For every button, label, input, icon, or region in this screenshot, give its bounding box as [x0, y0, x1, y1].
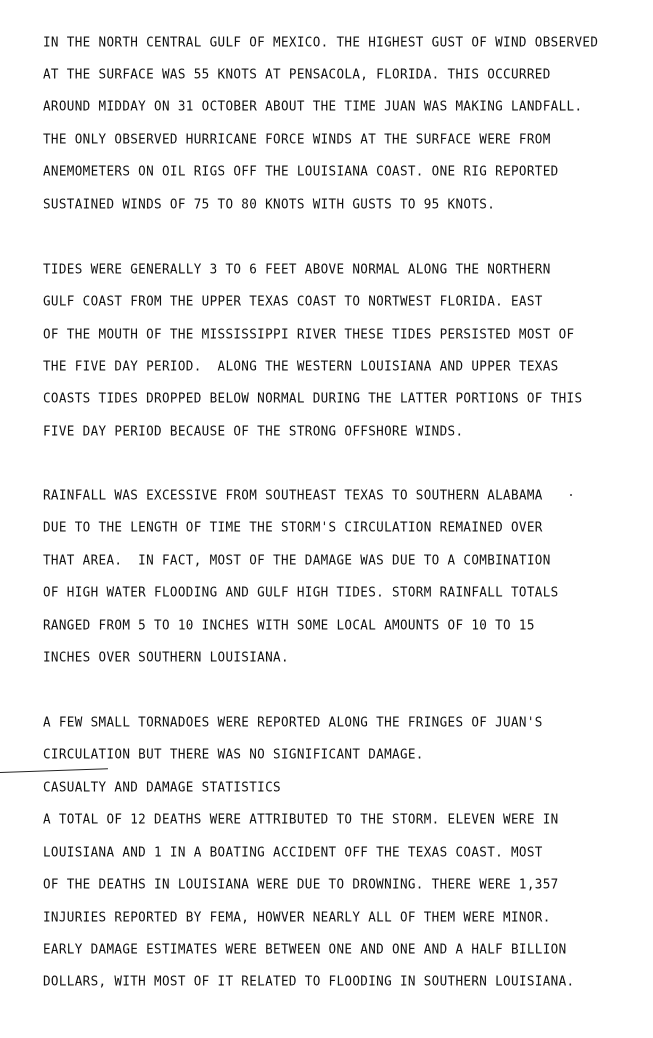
text-line: THE FIVE DAY PERIOD. ALONG THE WESTERN L…: [43, 358, 559, 375]
text-line: CIRCULATION BUT THERE WAS NO SIGNIFICANT…: [43, 746, 424, 763]
text-line: ANEMOMETERS ON OIL RIGS OFF THE LOUISIAN…: [43, 163, 559, 180]
text-line: INJURIES REPORTED BY FEMA, HOWVER NEARLY…: [43, 909, 551, 926]
text-line: COASTS TIDES DROPPED BELOW NORMAL DURING…: [43, 390, 582, 407]
text-line: LOUISIANA AND 1 IN A BOATING ACCIDENT OF…: [43, 844, 543, 861]
text-line: TIDES WERE GENERALLY 3 TO 6 FEET ABOVE N…: [43, 261, 551, 278]
scan-line-mark: [0, 768, 108, 773]
text-line: THAT AREA. IN FACT, MOST OF THE DAMAGE W…: [43, 552, 551, 569]
text-line: A FEW SMALL TORNADOES WERE REPORTED ALON…: [43, 714, 543, 731]
text-line: AROUND MIDDAY ON 31 OCTOBER ABOUT THE TI…: [43, 98, 582, 115]
stray-mark: [570, 494, 572, 496]
text-line: DOLLARS, WITH MOST OF IT RELATED TO FLOO…: [43, 973, 574, 990]
text-line: FIVE DAY PERIOD BECAUSE OF THE STRONG OF…: [43, 423, 463, 440]
text-line: SUSTAINED WINDS OF 75 TO 80 KNOTS WITH G…: [43, 196, 495, 213]
text-line: DUE TO THE LENGTH OF TIME THE STORM'S CI…: [43, 519, 543, 536]
text-line: RANGED FROM 5 TO 10 INCHES WITH SOME LOC…: [43, 617, 535, 634]
text-line: OF THE MOUTH OF THE MISSISSIPPI RIVER TH…: [43, 326, 574, 343]
text-line: OF HIGH WATER FLOODING AND GULF HIGH TID…: [43, 584, 559, 601]
text-line: A TOTAL OF 12 DEATHS WERE ATTRIBUTED TO …: [43, 811, 559, 828]
text-line: IN THE NORTH CENTRAL GULF OF MEXICO. THE…: [43, 34, 598, 51]
text-line: AT THE SURFACE WAS 55 KNOTS AT PENSACOLA…: [43, 66, 551, 83]
text-line: THE ONLY OBSERVED HURRICANE FORCE WINDS …: [43, 131, 551, 148]
text-line: INCHES OVER SOUTHERN LOUISIANA.: [43, 649, 289, 666]
text-line: OF THE DEATHS IN LOUISIANA WERE DUE TO D…: [43, 876, 559, 893]
section-heading: CASUALTY AND DAMAGE STATISTICS: [43, 779, 281, 796]
text-line: RAINFALL WAS EXCESSIVE FROM SOUTHEAST TE…: [43, 487, 543, 504]
text-line: EARLY DAMAGE ESTIMATES WERE BETWEEN ONE …: [43, 941, 567, 958]
text-line: GULF COAST FROM THE UPPER TEXAS COAST TO…: [43, 293, 543, 310]
